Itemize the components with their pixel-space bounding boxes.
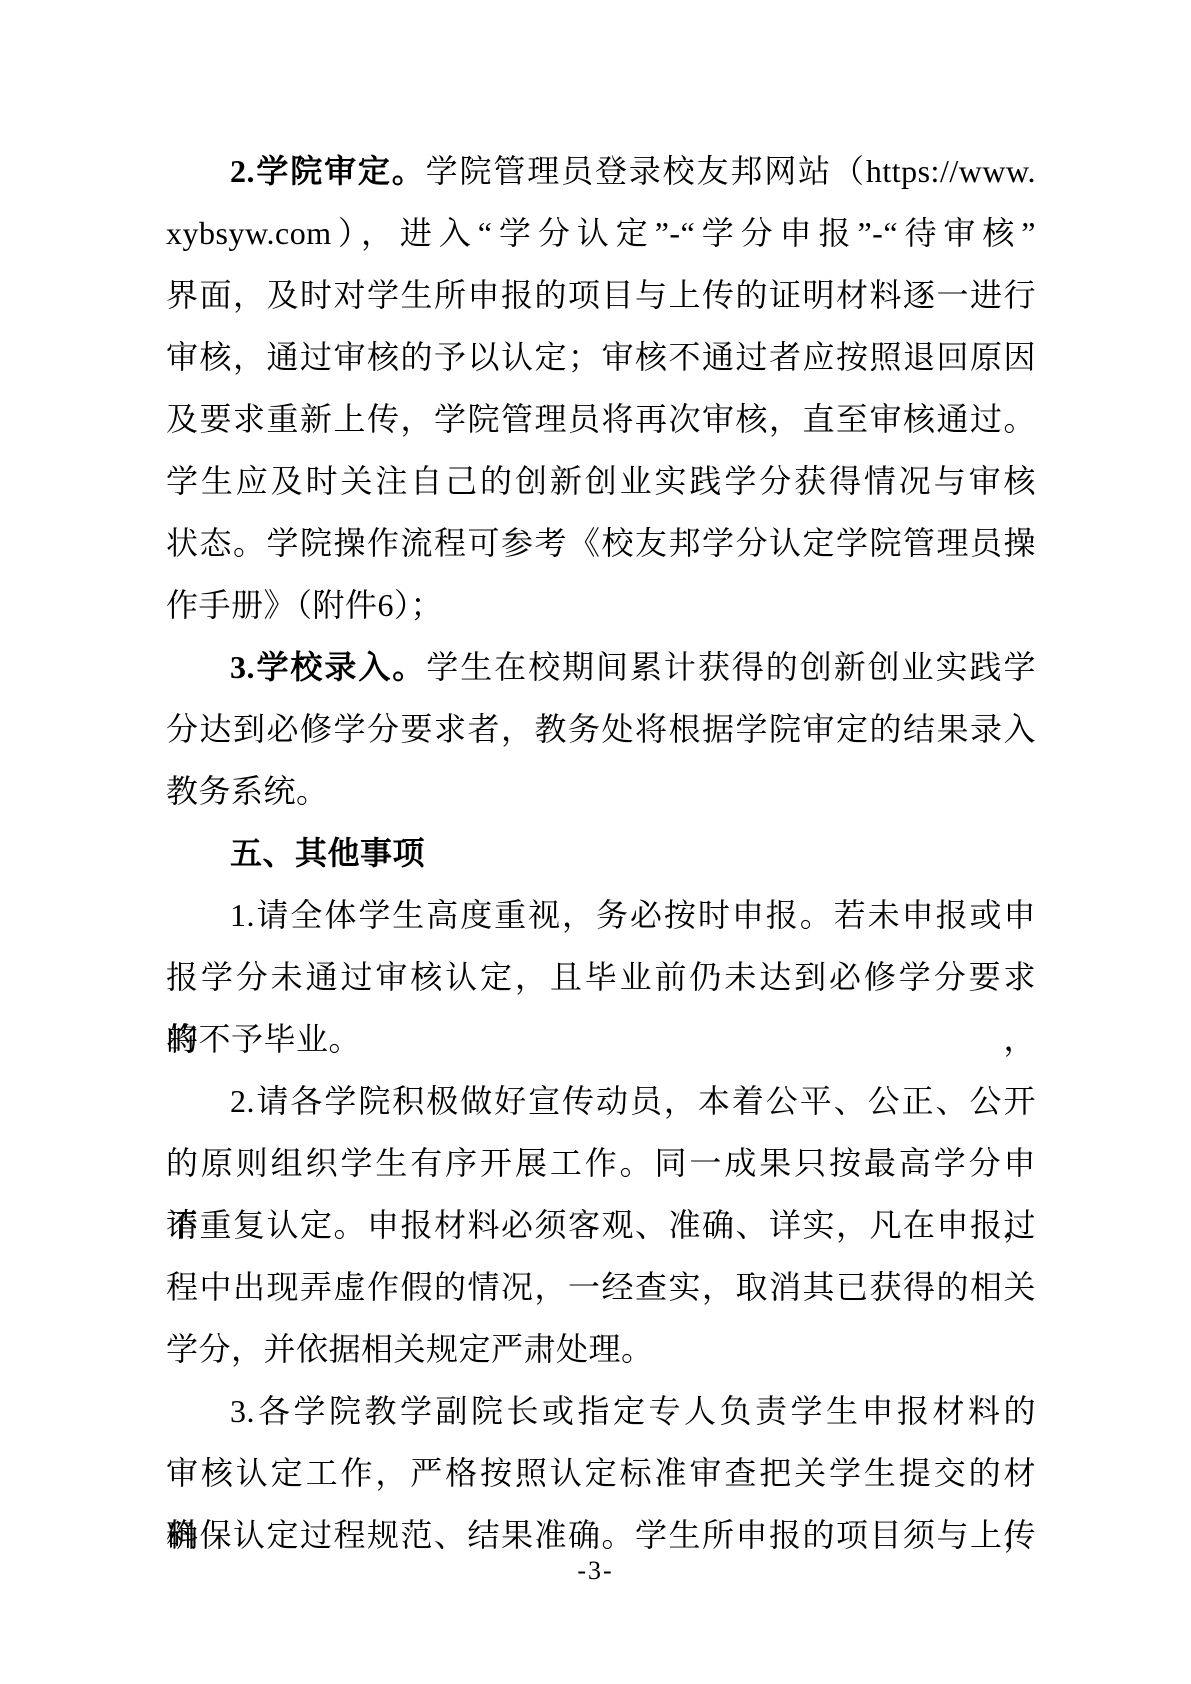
text-line: 审核认定工作，严格按照认定标准审查把关学生提交的材料，	[166, 1442, 1036, 1504]
text-line: 2.请各学院积极做好宣传动员，本着公平、公正、公开	[166, 1070, 1036, 1132]
bold-run: 五、其他事项	[230, 835, 425, 871]
text-line: 学生应及时关注自己的创新创业实践学分获得情况与审核	[166, 450, 1036, 512]
document-page: 2.学院审定。学院管理员登录校友邦网站（https://www.xybsyw.c…	[0, 0, 1191, 1684]
text-line: 2.学院审定。学院管理员登录校友邦网站（https://www.	[166, 140, 1036, 202]
text-line: 审核，通过审核的予以认定；审核不通过者应按照退回原因	[166, 326, 1036, 388]
text-line: 界面，及时对学生所申报的项目与上传的证明材料逐一进行	[166, 264, 1036, 326]
text-line: 学分，并依据相关规定严肃处理。	[166, 1318, 1036, 1380]
section-heading: 五、其他事项	[166, 822, 1036, 884]
text-line: 状态。学院操作流程可参考《校友邦学分认定学院管理员操	[166, 512, 1036, 574]
text-line: 不重复认定。申报材料必须客观、准确、详实，凡在申报过	[166, 1194, 1036, 1256]
text-line: 分达到必修学分要求者，教务处将根据学院审定的结果录入	[166, 698, 1036, 760]
bold-run: 2.学院审定。	[230, 153, 426, 189]
text-line: 教务系统。	[166, 760, 1036, 822]
text-line: 的原则组织学生有序开展工作。同一成果只按最高学分申请，	[166, 1132, 1036, 1194]
document-body: 2.学院审定。学院管理员登录校友邦网站（https://www.xybsyw.c…	[166, 140, 1036, 1566]
text-line: 作手册》（附件6）；	[166, 574, 1036, 636]
text-line: xybsyw.com），进入“学分认定”-“学分申报”-“待审核”	[166, 202, 1036, 264]
text-line: 3.各学院教学副院长或指定专人负责学生申报材料的	[166, 1380, 1036, 1442]
text-line: 程中出现弄虚作假的情况，一经查实，取消其已获得的相关	[166, 1256, 1036, 1318]
text-line: 报学分未通过审核认定，且毕业前仍未达到必修学分要求的，	[166, 946, 1036, 1008]
text-line: 及要求重新上传，学院管理员将再次审核，直至审核通过。	[166, 388, 1036, 450]
text-line: 3.学校录入。学生在校期间累计获得的创新创业实践学	[166, 636, 1036, 698]
text-line: 1.请全体学生高度重视，务必按时申报。若未申报或申	[166, 884, 1036, 946]
bold-run: 3.学校录入。	[230, 649, 426, 685]
page-number: -3-	[0, 1556, 1191, 1586]
